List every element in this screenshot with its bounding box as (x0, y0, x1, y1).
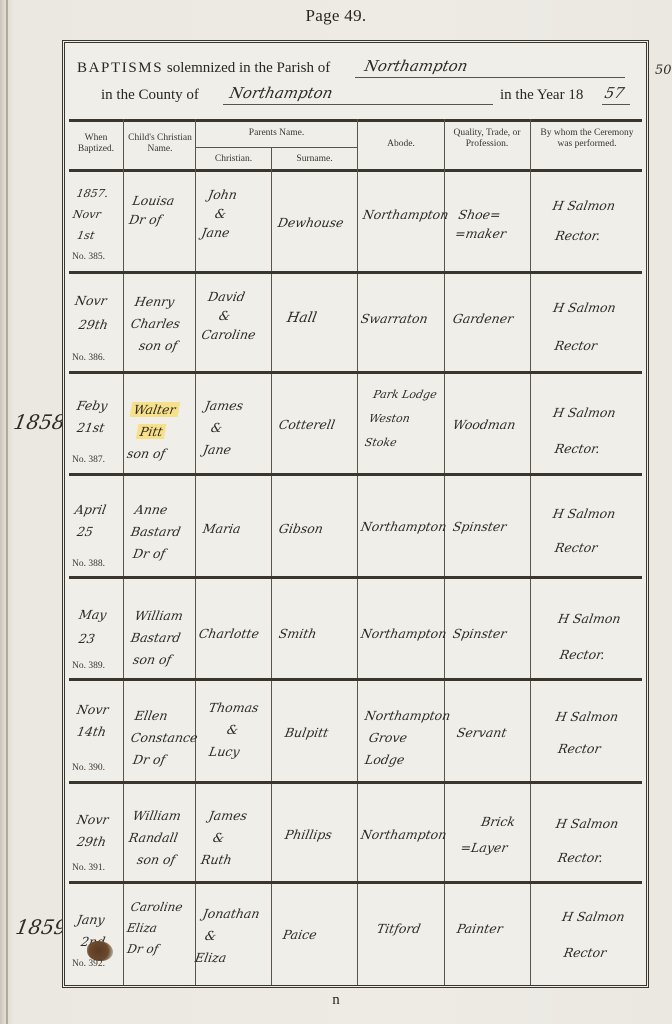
abode: Northampton Grove Lodge (355, 705, 452, 771)
county-fill-line (223, 104, 493, 105)
parents-christian: David & Caroline (200, 287, 264, 344)
quality-trade: Woodman (451, 415, 517, 434)
entry-number: No. 386. (72, 353, 105, 363)
row-rule-2 (69, 371, 642, 374)
quality-trade: Shoe= =maker (454, 205, 511, 243)
header-by-whom: By whom the Ceremony was performed. (537, 128, 637, 150)
col-rule-5 (444, 119, 445, 985)
col-rule-2 (195, 119, 196, 985)
header-quality: Quality, Trade, or Profession. (450, 128, 524, 150)
side-year-note: 50 (655, 63, 672, 78)
parents-christian: Charlotte (197, 624, 260, 643)
year-suffix: 57 (603, 84, 626, 102)
by-whom: H Salmon Rector (553, 899, 628, 971)
parish-name: Northampton (363, 57, 469, 75)
child-name: Henry Charles son of (125, 291, 187, 357)
entry-number: No. 389. (72, 661, 105, 671)
by-whom: H Salmon Rector. (544, 395, 619, 467)
by-whom: H Salmon Rector (543, 289, 619, 365)
child-name: William Randall son of (123, 805, 185, 871)
when-baptized: Novr 29th (71, 809, 112, 853)
abode: Northampton (359, 517, 448, 536)
entry-number: No. 387. (72, 455, 105, 465)
col-rule-1 (123, 119, 124, 985)
parents-surname: Hall (285, 309, 318, 328)
entry-number: No. 388. (72, 559, 105, 569)
header-top-rule (69, 119, 642, 122)
register-frame: BAPTISMS solemnized in the Parish of Nor… (62, 40, 649, 988)
quality-trade: Servant (455, 723, 508, 742)
by-whom: H Salmon Rector. (545, 191, 618, 251)
baptisms-heading: BAPTISMS (77, 60, 163, 76)
child-name: William Bastard son of (125, 605, 186, 671)
by-whom: H Salmon Rector (544, 497, 618, 565)
highlighted-child-middle-name: Pitt (136, 424, 167, 439)
child-name: Ellen Constance Dr of (125, 705, 203, 771)
parents-surname: Smith (277, 624, 318, 643)
binding-edge (6, 0, 8, 1024)
highlighted-child-first-name: Walter (130, 402, 180, 417)
by-whom: H Salmon Rector. (549, 601, 624, 673)
title-line-1: BAPTISMS solemnized in the Parish of (77, 60, 330, 77)
title-line-2-prefix: in the County of (101, 87, 199, 104)
entry-number: No. 391. (72, 863, 105, 873)
when-baptized: Novr 14th (71, 699, 112, 743)
parents-christian: James & Jane (195, 395, 245, 461)
abode: Swarraton (359, 309, 429, 328)
col-rule-6 (530, 119, 531, 985)
parents-christian: James & Ruth (199, 805, 249, 871)
when-baptized: Novr 29th (69, 289, 114, 337)
parents-christian: John & Jane (200, 185, 239, 242)
header-parents-name: Parents Name. (196, 128, 357, 139)
abode: Titford (375, 919, 422, 938)
child-name: Anne Bastard Dr of (125, 499, 186, 565)
parents-christian: Maria (201, 519, 242, 538)
register-title: BAPTISMS solemnized in the Parish of Nor… (65, 43, 646, 119)
when-baptized: May 23 (73, 603, 109, 651)
parents-surname: Dewhouse (276, 213, 345, 232)
header-child-name: Child's Christian Name. (125, 133, 195, 155)
year-label: in the Year 18 (500, 87, 583, 104)
abode: Park Lodge Weston Stoke (363, 383, 439, 455)
by-whom: H Salmon Rector (547, 701, 621, 765)
when-baptized: April 25 (69, 499, 108, 543)
margin-year-1858: 1858 (12, 410, 67, 434)
when-baptized: 1857. Novr 1st (67, 183, 110, 246)
row-rule-7 (69, 881, 642, 884)
entry-number: No. 392. (72, 959, 105, 969)
margin-year-1859: 1859 (14, 915, 69, 939)
county-name: Northampton (228, 84, 334, 102)
page-number: Page 49. (0, 6, 672, 26)
parents-surname: Paice (281, 925, 318, 944)
parents-surname: Phillips (283, 825, 333, 844)
child-name: Caroline Eliza Dr of (121, 897, 184, 960)
quality-trade: Painter (455, 919, 504, 938)
year-fill-line (602, 104, 630, 105)
quality-trade: Spinster (451, 517, 508, 536)
child-name: Louisa Dr of (128, 191, 176, 229)
parents-christian: Jonathan & Eliza (193, 903, 261, 969)
row-rule-6 (69, 781, 642, 784)
entry-number: No. 390. (72, 763, 105, 773)
register-page: Page 49. 50 1858 1859 BAPTISMS solemnize… (0, 0, 672, 1024)
title-line1-text: solemnized in the Parish of (163, 60, 330, 76)
row-rule-1 (69, 271, 642, 274)
folio-mark: n (0, 992, 672, 1009)
header-bottom-rule (69, 169, 642, 172)
parents-surname: Bulpitt (283, 723, 330, 742)
row-rule-3 (69, 473, 642, 476)
parents-christian: Thomas & Lucy (199, 697, 260, 763)
quality-trade: Spinster (451, 624, 508, 643)
abode: Northampton (359, 624, 448, 643)
header-parents-christian: Christian. (196, 154, 271, 165)
col-rule-4 (357, 119, 358, 985)
row-rule-4 (69, 576, 642, 579)
parents-surname: Gibson (277, 519, 324, 538)
child-name: Walter Pitt son of (121, 399, 180, 465)
when-baptized: Feby 21st (71, 395, 110, 439)
baptism-register-table: When Baptized. Child's Christian Name. P… (65, 119, 646, 985)
quality-trade: Brick =Layer (458, 809, 517, 861)
parents-surname: Cotterell (277, 415, 336, 434)
header-abode: Abode. (358, 139, 444, 150)
ink-blot (87, 941, 113, 961)
parents-subheader-rule (196, 147, 357, 148)
quality-trade: Gardener (451, 309, 515, 328)
header-when-baptized: When Baptized. (69, 133, 123, 155)
abode: Northampton (361, 205, 450, 224)
entry-number: No. 385. (72, 252, 105, 262)
header-parents-surname: Surname. (272, 154, 357, 165)
by-whom: H Salmon Rector. (547, 807, 621, 875)
row-rule-5 (69, 678, 642, 681)
parish-fill-line (355, 77, 625, 78)
abode: Northampton (359, 825, 448, 844)
